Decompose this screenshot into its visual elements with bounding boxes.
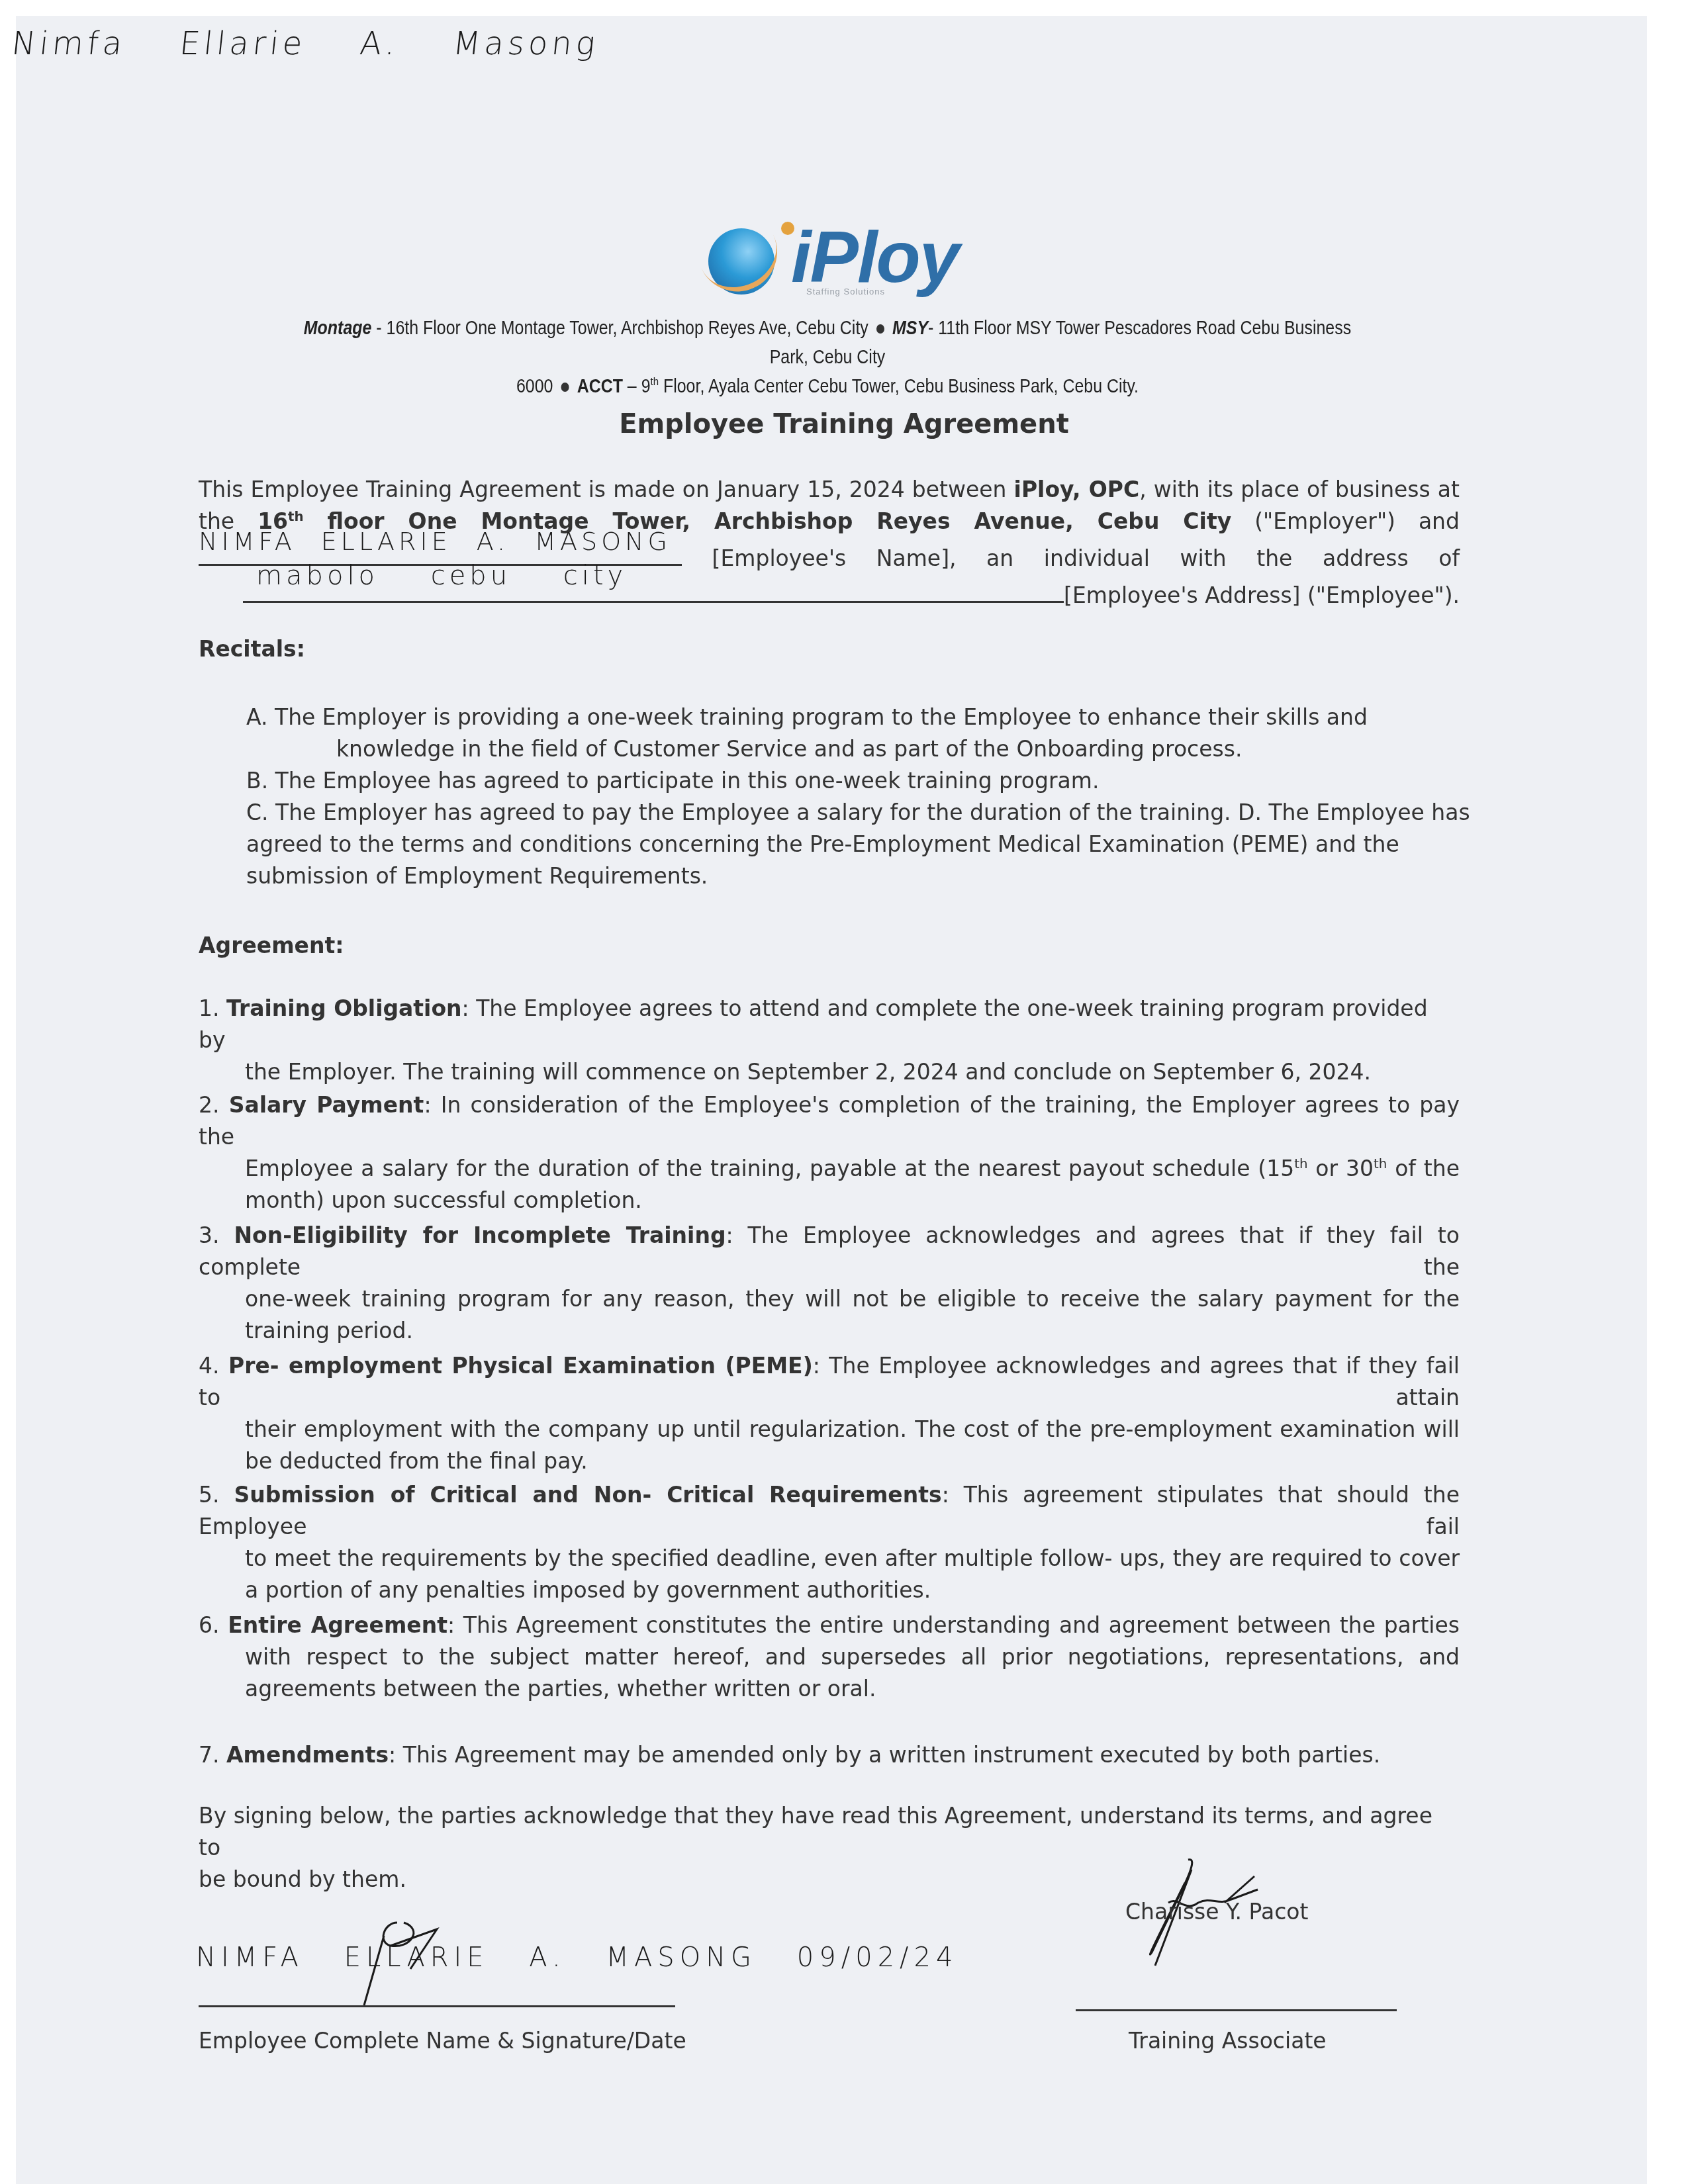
- recitals-list: A. The Employer is providing a one-week …: [246, 702, 1477, 892]
- intro-line-4: mabolo cebu city[Employee's Address] ("E…: [199, 574, 1460, 612]
- acct-floor: – 9: [623, 376, 651, 397]
- recital-c: C. The Employer has agreed to pay the Em…: [246, 797, 1477, 892]
- agreement-heading: Agreement:: [199, 930, 344, 962]
- document-title: Employee Training Agreement: [0, 409, 1688, 439]
- clause-title: Non-Eligibility for Incomplete Training: [234, 1222, 726, 1248]
- recital-a: A. The Employer is providing a one-week …: [246, 702, 1477, 765]
- recitals-heading: Recitals:: [199, 633, 305, 665]
- intro-paragraph: This Employee Training Agreement is made…: [199, 474, 1460, 612]
- intro-line-1: This Employee Training Agreement is made…: [199, 474, 1460, 506]
- training-associate-label: Training Associate: [1129, 2025, 1327, 2057]
- office-address-montage: - 16th Floor One Montage Tower, Archbish…: [371, 318, 868, 339]
- employee-signature-line[interactable]: [199, 2005, 675, 2007]
- employer-name: iPloy, OPC: [1014, 477, 1140, 502]
- recital-b: B. The Employee has agreed to participat…: [246, 765, 1477, 797]
- clause-5: 5. Submission of Critical and Non- Criti…: [199, 1479, 1460, 1606]
- office-label-msy: MSY: [892, 318, 928, 339]
- zip-code: 6000: [516, 376, 553, 397]
- clause-title: Pre- employment Physical Examination (PE…: [228, 1353, 813, 1379]
- associate-signature-line[interactable]: [1076, 2009, 1397, 2011]
- acct-floor-sup: th: [651, 375, 659, 388]
- address-line-2: 6000 ACCT – 9th Floor, Ayala Center Cebu…: [287, 372, 1368, 401]
- clause-title: Training Obligation: [226, 995, 462, 1021]
- employee-name-handwritten: NIMFA ELLARIE A. MASONG: [199, 525, 671, 557]
- logo-tagline: Staffing Solutions: [806, 287, 885, 296]
- employee-address-field[interactable]: mabolo cebu city: [243, 574, 1064, 603]
- address-line-1: Montage - 16th Floor One Montage Tower, …: [287, 314, 1368, 372]
- bullet-icon: [561, 383, 569, 392]
- iploy-logo: iPloy Staffing Solutions: [708, 208, 960, 301]
- office-address-acct: Floor, Ayala Center Cebu Tower, Cebu Bus…: [659, 376, 1139, 397]
- office-label-montage: Montage: [304, 318, 372, 339]
- clause-2: 2. Salary Payment: In consideration of t…: [199, 1089, 1460, 1216]
- clause-title: Submission of Critical and Non- Critical…: [234, 1482, 941, 1508]
- bullet-icon: [876, 324, 884, 334]
- training-associate-name: Charisse Y. Pacot: [1125, 1896, 1308, 1928]
- clause-7: 7. Amendments: This Agreement may be ame…: [199, 1739, 1460, 1771]
- handwritten-name-note: Nimfa Ellarie A. Masong: [10, 25, 601, 62]
- clause-6: 6. Entire Agreement: This Agreement cons…: [199, 1610, 1460, 1705]
- clause-title: Salary Payment: [229, 1092, 424, 1118]
- clause-4: 4. Pre- employment Physical Examination …: [199, 1350, 1460, 1477]
- employee-signature-label: Employee Complete Name & Signature/Date: [199, 2025, 686, 2057]
- clause-title: Amendments: [226, 1742, 389, 1768]
- employee-address-handwritten: mabolo cebu city: [256, 560, 627, 592]
- employee-signature-handwritten: NIMFA ELLARIE A. MASONG 09/02/24: [196, 1942, 958, 1973]
- office-addresses: Montage - 16th Floor One Montage Tower, …: [287, 314, 1368, 401]
- office-label-acct: ACCT: [577, 376, 623, 397]
- clause-1: 1. Training Obligation: The Employee agr…: [199, 993, 1460, 1088]
- clause-3: 3. Non-Eligibility for Incomplete Traini…: [199, 1220, 1460, 1347]
- clause-title: Entire Agreement: [228, 1612, 447, 1638]
